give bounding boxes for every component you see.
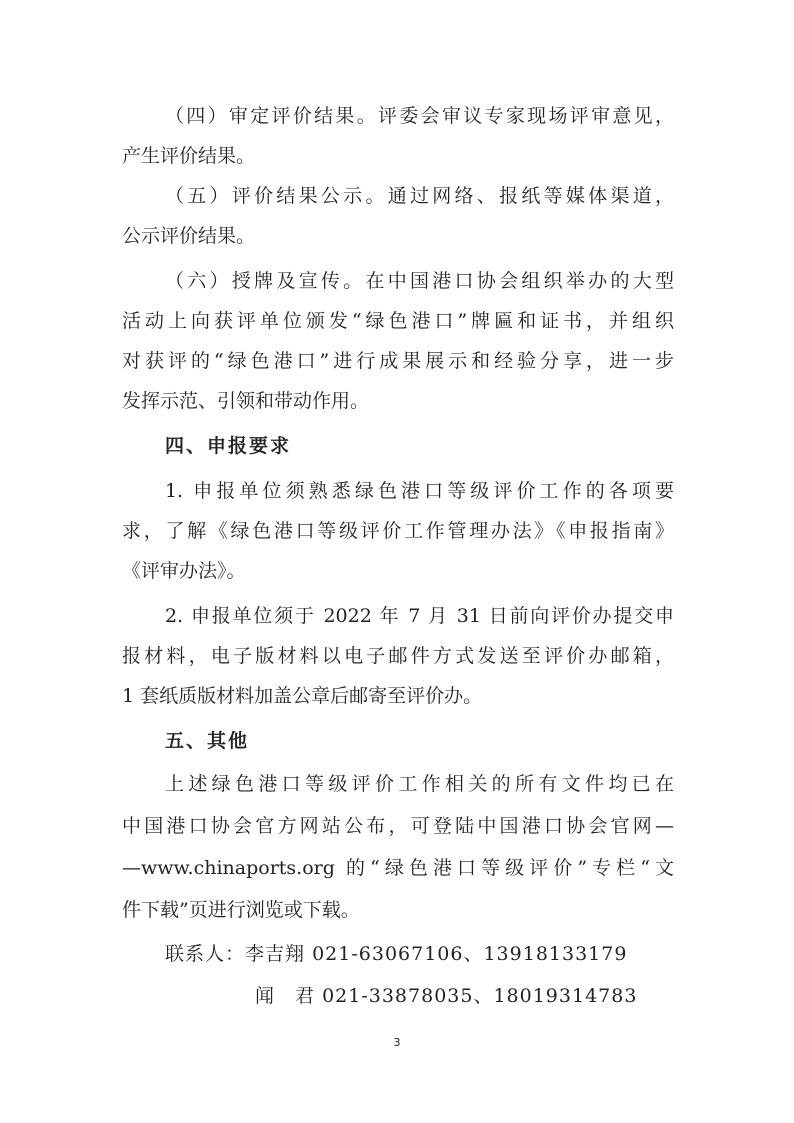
paragraph-6-line-2: 活动上向获评单位颁发“绿色港口”牌匾和证书，并组织	[122, 301, 674, 341]
contact-phones: 021-33878035、18019314783	[322, 985, 637, 1007]
contact-name: 李吉翔	[245, 943, 305, 965]
item-1-line-3: 《评审办法》。	[122, 551, 674, 591]
contact-phones: 021-63067106、13918133179	[312, 943, 627, 965]
paragraph-4-line-1: （四）审定评价结果。评委会审议专家现场评审意见，	[122, 96, 674, 136]
other-line-4: 件下载”页进行浏览或下载。	[122, 890, 674, 930]
item-1-line-1: 1. 申报单位须熟悉绿色港口等级评价工作的各项要	[122, 471, 674, 511]
section-heading-5: 五、其他	[122, 721, 674, 761]
paragraph-6-line-3: 对获评的“绿色港口”进行成果展示和经验分享，进一步	[122, 341, 674, 381]
item-2-line-2: 报材料，电子版材料以电子邮件方式发送至评价办邮箱，	[122, 636, 674, 676]
paragraph-5-line-1: （五）评价结果公示。通过网络、报纸等媒体渠道，	[122, 176, 674, 216]
item-1-line-2: 求，了解《绿色港口等级评价工作管理办法》《申报指南》	[122, 511, 674, 551]
page-number: 3	[0, 1036, 794, 1049]
item-2-line-3: 1 套纸质版材料加盖公章后邮寄至评价办。	[122, 676, 674, 716]
paragraph-5-line-2: 公示评价结果。	[122, 216, 674, 256]
other-line-3: —www.chinaports.org 的“绿色港口等级评价”专栏“文	[122, 848, 674, 888]
paragraph-6-line-1: （六）授牌及宣传。在中国港口协会组织举办的大型	[122, 261, 674, 301]
contact-name: 闻 君	[255, 985, 315, 1007]
paragraph-6-line-4: 发挥示范、引领和带动作用。	[122, 381, 674, 421]
contact-row-1: 联系人：李吉翔 021-63067106、13918133179	[122, 934, 674, 974]
contact-label: 联系人：	[165, 943, 245, 965]
other-line-1: 上述绿色港口等级评价工作相关的所有文件均已在	[122, 764, 674, 804]
paragraph-4-line-2: 产生评价结果。	[122, 136, 674, 176]
section-heading-4: 四、申报要求	[122, 426, 674, 466]
other-line-2: 中国港口协会官方网站公布，可登陆中国港口协会官网—	[122, 806, 674, 846]
contact-row-2: 闻 君 021-33878035、18019314783	[122, 976, 674, 1016]
item-2-line-1: 2. 申报单位须于 2022 年 7 月 31 日前向评价办提交申	[122, 596, 674, 636]
